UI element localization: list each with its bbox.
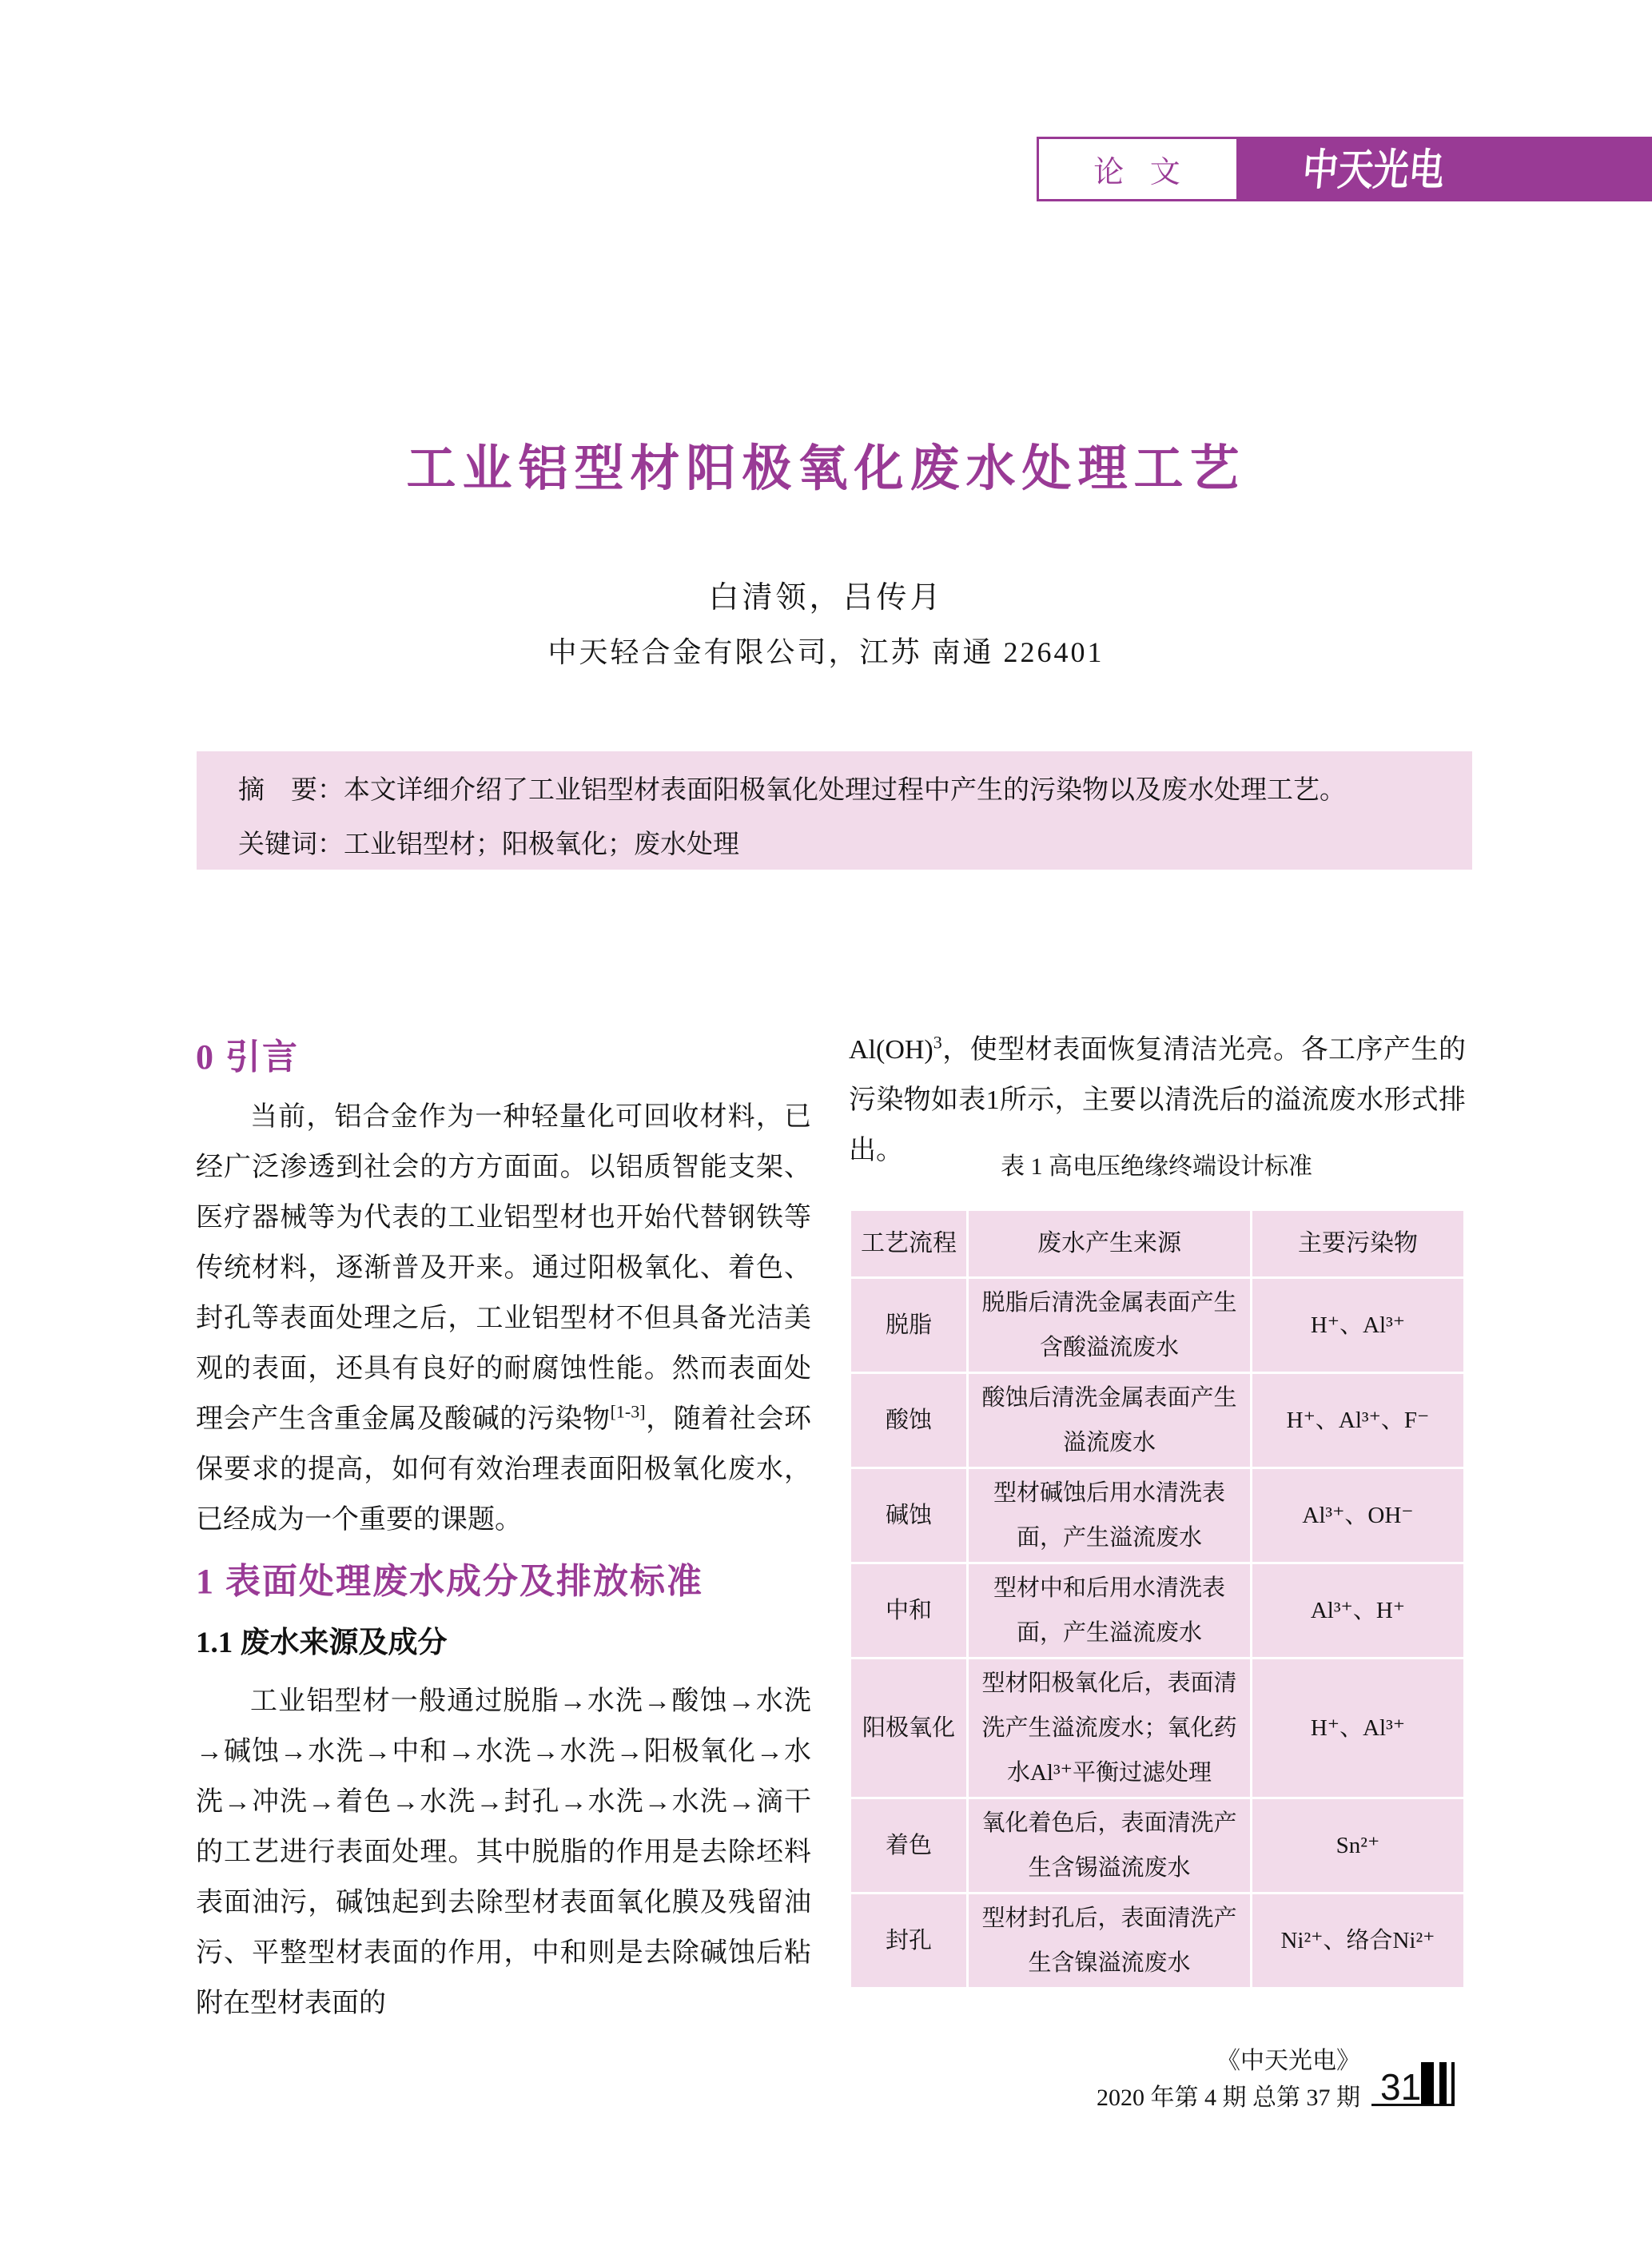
process-paragraph: 工业铝型材一般通过脱脂→水洗→酸蚀→水洗→碱蚀→水洗→中和→水洗→水洗→阳极氧化…	[196, 1676, 811, 2029]
section-1-1-heading: 1.1 废水来源及成分	[196, 1618, 448, 1661]
table-cell: Sn²⁺	[1252, 1799, 1463, 1892]
formula-superscript: 3	[933, 1033, 942, 1053]
article-type-box: 论 文	[1037, 137, 1239, 201]
table-cell: 封孔	[851, 1894, 966, 1987]
issue-info: 2020 年第 4 期 总第 37 期	[1031, 2080, 1360, 2117]
pollutants-table: 工艺流程废水产生来源主要污染物 脱脂脱脂后清洗金属表面产生含酸溢流废水H⁺、Al…	[849, 1209, 1466, 1989]
journal-name: 《中天光电》	[1031, 2043, 1360, 2080]
table-header-cell: 工艺流程	[851, 1211, 966, 1276]
table-cell: 碱蚀	[851, 1469, 966, 1562]
table-cell: 中和	[851, 1564, 966, 1657]
intro-paragraph: 当前，铝合金作为一种轻量化可回收材料，已经广泛渗透到社会的方方面面。以铝质智能支…	[196, 1092, 811, 1545]
table-row: 封孔型材封孔后，表面清洗产生含镍溢流废水Ni²⁺、络合Ni²⁺	[851, 1894, 1463, 1987]
table-cell: H⁺、Al³⁺	[1252, 1659, 1463, 1797]
intro-text-a: 当前，铝合金作为一种轻量化可回收材料，已经广泛渗透到社会的方方面面。以铝质智能支…	[196, 1102, 811, 1434]
article-title: 工业铝型材阳极氧化废水处理工艺	[0, 428, 1652, 500]
table-cell: Al³⁺、OH⁻	[1252, 1469, 1463, 1562]
page-footer: 《中天光电》 2020 年第 4 期 总第 37 期	[1031, 2043, 1360, 2117]
table-cell: 脱脂	[851, 1279, 966, 1372]
journal-logo: 中天光电	[1300, 143, 1455, 196]
table-cell: 脱脂后清洗金属表面产生含酸溢流废水	[969, 1279, 1250, 1372]
table-header-row: 工艺流程废水产生来源主要污染物	[851, 1211, 1463, 1276]
journal-header-banner: 论 文 中天光电	[1039, 137, 1652, 201]
table-header-cell: 主要污染物	[1252, 1211, 1463, 1276]
table-cell: Ni²⁺、络合Ni²⁺	[1252, 1894, 1463, 1987]
keywords-text: 工业铝型材；阳极氧化；废水处理	[344, 830, 739, 859]
keywords-label: 关键词：	[238, 830, 344, 859]
page-marker-bars	[1421, 2062, 1455, 2105]
citation-ref: [1-3]	[611, 1402, 646, 1422]
table-cell: Al³⁺、H⁺	[1252, 1564, 1463, 1657]
abstract-line: 摘 要：本文详细介绍了工业铝型材表面阳极氧化处理过程中产生的污染物以及废水处理工…	[238, 769, 1448, 806]
right-text-a: Al(OH)	[849, 1035, 933, 1065]
abstract-box: 摘 要：本文详细介绍了工业铝型材表面阳极氧化处理过程中产生的污染物以及废水处理工…	[197, 751, 1472, 870]
section-1-heading: 1 表面处理废水成分及排放标准	[196, 1552, 703, 1603]
table-row: 阳极氧化型材阳极氧化后，表面清洗产生溢流废水；氧化药水Al³⁺平衡过滤处理H⁺、…	[851, 1659, 1463, 1797]
table-row: 碱蚀型材碱蚀后用水清洗表面，产生溢流废水Al³⁺、OH⁻	[851, 1469, 1463, 1562]
authors-line: 白清领，吕传月	[0, 572, 1652, 616]
table-cell: 着色	[851, 1799, 966, 1892]
abstract-text: 本文详细介绍了工业铝型材表面阳极氧化处理过程中产生的污染物以及废水处理工艺。	[344, 776, 1346, 805]
table-cell: 酸蚀	[851, 1374, 966, 1467]
section-0-heading: 0 引言	[196, 1028, 299, 1079]
marker-bar	[1451, 2062, 1455, 2105]
table-row: 中和型材中和后用水清洗表面，产生溢流废水Al³⁺、H⁺	[851, 1564, 1463, 1657]
table-row: 着色氧化着色后，表面清洗产生含锡溢流废水Sn²⁺	[851, 1799, 1463, 1892]
table-cell: 氧化着色后，表面清洗产生含锡溢流废水	[969, 1799, 1250, 1892]
table-cell: H⁺、Al³⁺、F⁻	[1252, 1374, 1463, 1467]
table-row: 脱脂脱脂后清洗金属表面产生含酸溢流废水H⁺、Al³⁺	[851, 1279, 1463, 1372]
marker-bar	[1439, 2062, 1447, 2105]
abstract-label: 摘 要：	[238, 776, 344, 805]
table-caption: 表 1 高电压绝缘终端设计标准	[849, 1146, 1464, 1181]
document-page: 论 文 中天光电 工业铝型材阳极氧化废水处理工艺 白清领，吕传月 中天轻合金有限…	[0, 0, 1652, 2242]
table-cell: 型材中和后用水清洗表面，产生溢流废水	[969, 1564, 1250, 1657]
table-cell: 型材碱蚀后用水清洗表面，产生溢流废水	[969, 1469, 1250, 1562]
table-cell: H⁺、Al³⁺	[1252, 1279, 1463, 1372]
table-header-cell: 废水产生来源	[969, 1211, 1250, 1276]
article-type-label: 论 文	[1093, 147, 1182, 191]
table-cell: 酸蚀后清洗金属表面产生溢流废水	[969, 1374, 1250, 1467]
affiliation-line: 中天轻合金有限公司，江苏 南通 226401	[0, 630, 1652, 671]
keywords-line: 关键词：工业铝型材；阳极氧化；废水处理	[238, 823, 1448, 861]
page-number: 31	[1380, 2065, 1421, 2109]
table-row: 酸蚀酸蚀后清洗金属表面产生溢流废水H⁺、Al³⁺、F⁻	[851, 1374, 1463, 1467]
table-cell: 型材阳极氧化后，表面清洗产生溢流废水；氧化药水Al³⁺平衡过滤处理	[969, 1659, 1250, 1797]
table-cell: 阳极氧化	[851, 1659, 966, 1797]
table-cell: 型材封孔后，表面清洗产生含镍溢流废水	[969, 1894, 1250, 1987]
marker-bar	[1421, 2062, 1434, 2105]
